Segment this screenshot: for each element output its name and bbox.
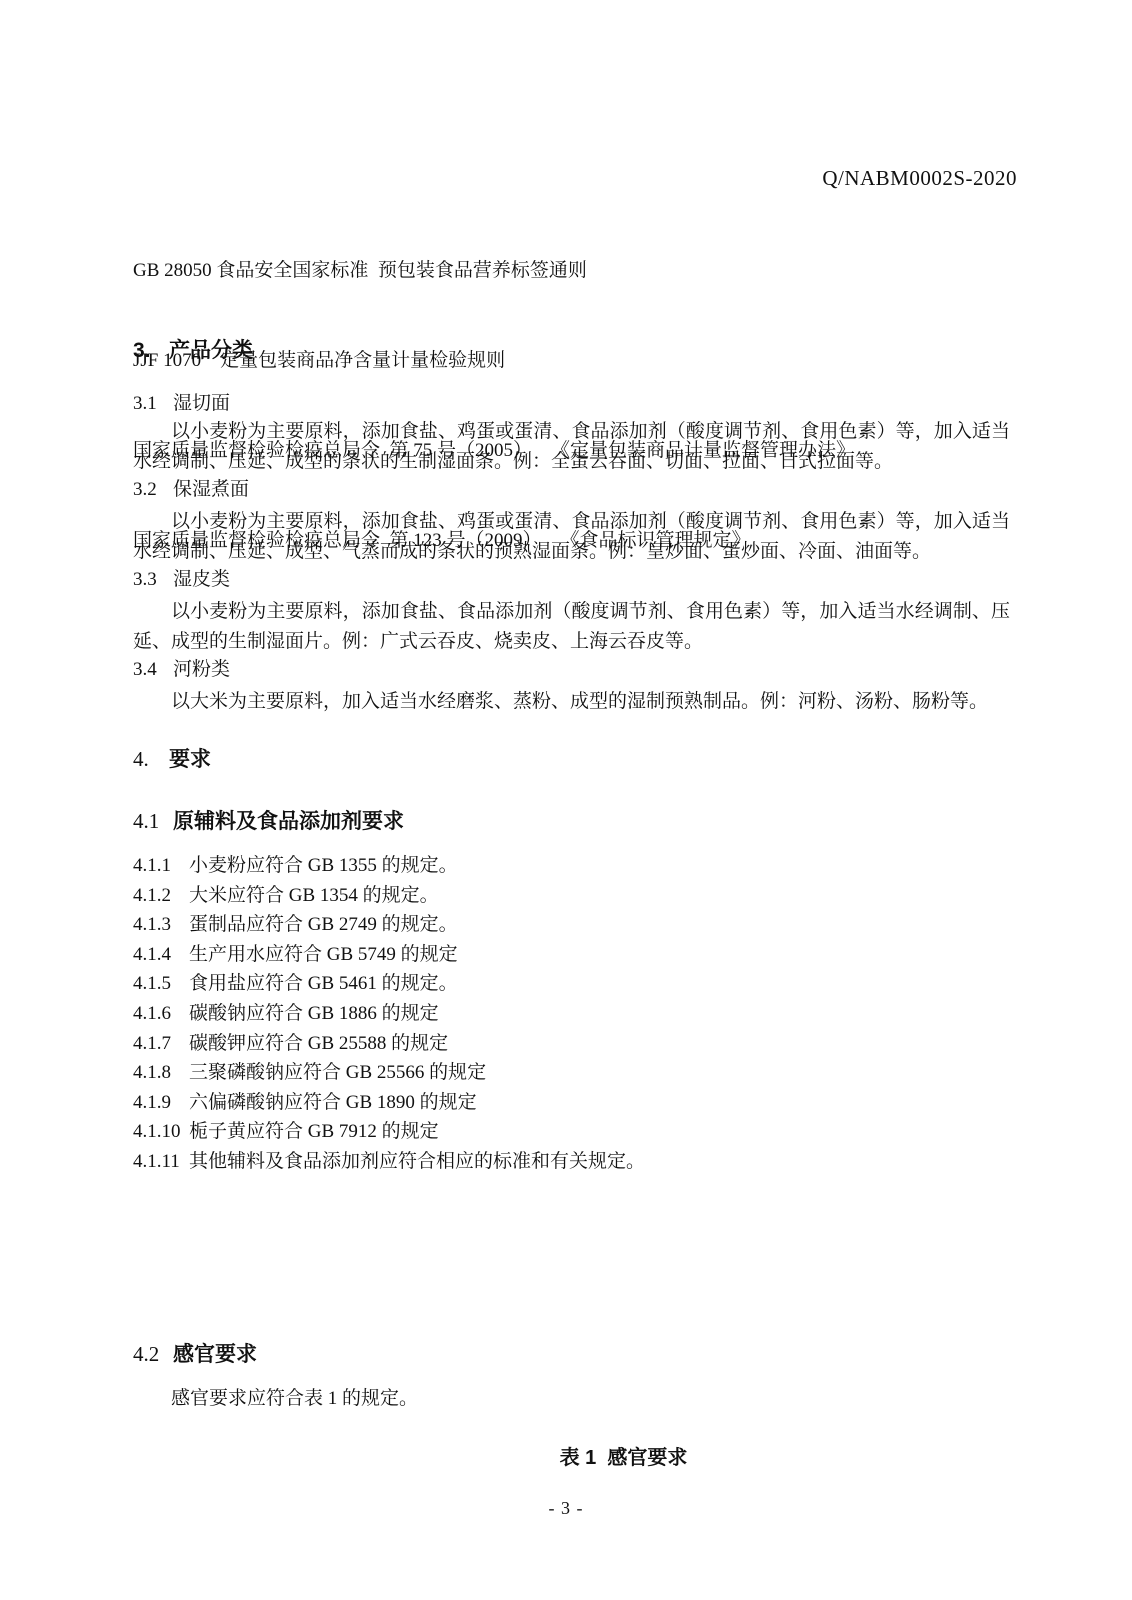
item-number: 4.1.7 [133, 1029, 189, 1059]
requirement-item-4-1-5: 4.1.5食用盐应符合 GB 5461 的规定。 [133, 969, 1033, 999]
item-text: 大米应符合 GB 1354 的规定。 [189, 885, 439, 906]
item-number: 4.1.3 [133, 910, 189, 940]
clause-4-2-number: 4.2 [133, 1341, 173, 1367]
requirement-item-4-1-1: 4.1.1小麦粉应符合 GB 1355 的规定。 [133, 851, 1033, 881]
clause-3-1-heading: 3.1湿切面 [133, 391, 230, 417]
page-number: - 3 - [0, 1498, 1132, 1519]
section-4-number: 4. [133, 746, 169, 772]
requirements-list: 4.1.1小麦粉应符合 GB 1355 的规定。 4.1.2大米应符合 GB 1… [133, 851, 1033, 1177]
item-number: 4.1.1 [133, 851, 189, 881]
reference-line: GB 28050 食品安全国家标准 预包装食品营养标签通则 [133, 256, 1033, 286]
clause-4-2-body: 感官要求应符合表 1 的规定。 [133, 1384, 1010, 1414]
item-number: 4.1.2 [133, 881, 189, 911]
reference-line: JJF 1070 定量包装商品净含量计量检验规则 [133, 346, 1033, 376]
item-number: 4.1.11 [133, 1147, 189, 1177]
item-number: 4.1.10 [133, 1117, 189, 1147]
item-number: 4.1.5 [133, 969, 189, 999]
table-1-caption: 表 1 感官要求 [133, 1441, 1010, 1470]
item-number: 4.1.4 [133, 940, 189, 970]
item-text: 碳酸钾应符合 GB 25588 的规定 [189, 1033, 448, 1054]
item-text: 碳酸钠应符合 GB 1886 的规定 [189, 1003, 439, 1024]
requirement-item-4-1-10: 4.1.10栀子黄应符合 GB 7912 的规定 [133, 1117, 1033, 1147]
clause-3-4-title: 河粉类 [173, 659, 230, 680]
clause-3-2-body: 以小麦粉为主要原料，添加食盐、鸡蛋或蛋清、食品添加剂（酸度调节剂、食用色素）等，… [133, 507, 1010, 567]
clause-4-2-title: 感官要求 [173, 1343, 257, 1366]
item-text: 栀子黄应符合 GB 7912 的规定 [189, 1121, 439, 1142]
clause-3-2-heading: 3.2保湿煮面 [133, 477, 249, 503]
clause-3-1-body: 以小麦粉为主要原料，添加食盐、鸡蛋或蛋清、食品添加剂（酸度调节剂、食用色素）等，… [133, 417, 1010, 477]
item-number: 4.1.6 [133, 999, 189, 1029]
requirement-item-4-1-7: 4.1.7碳酸钾应符合 GB 25588 的规定 [133, 1029, 1033, 1059]
requirement-item-4-1-4: 4.1.4生产用水应符合 GB 5749 的规定 [133, 940, 1033, 970]
requirement-item-4-1-8: 4.1.8三聚磷酸钠应符合 GB 25566 的规定 [133, 1058, 1033, 1088]
item-text: 蛋制品应符合 GB 2749 的规定。 [189, 914, 458, 935]
item-text: 六偏磷酸钠应符合 GB 1890 的规定 [189, 1092, 477, 1113]
clause-3-4-heading: 3.4河粉类 [133, 657, 230, 683]
requirement-item-4-1-2: 4.1.2大米应符合 GB 1354 的规定。 [133, 881, 1033, 911]
item-number: 4.1.9 [133, 1088, 189, 1118]
requirement-item-4-1-11: 4.1.11其他辅料及食品添加剂应符合相应的标准和有关规定。 [133, 1147, 1033, 1177]
section-3-heading: 3.产品分类 [133, 338, 253, 364]
item-text: 食用盐应符合 GB 5461 的规定。 [189, 973, 458, 994]
clause-3-4-number: 3.4 [133, 657, 173, 683]
requirement-item-4-1-3: 4.1.3蛋制品应符合 GB 2749 的规定。 [133, 910, 1033, 940]
clause-3-3-body: 以小麦粉为主要原料，添加食盐、食品添加剂（酸度调节剂、食用色素）等，加入适当水经… [133, 597, 1010, 657]
clause-4-1-title: 原辅料及食品添加剂要求 [173, 810, 404, 833]
document-page: Q/NABM0002S-2020 GB 28050 食品安全国家标准 预包装食品… [0, 0, 1132, 1600]
clause-3-2-number: 3.2 [133, 477, 173, 503]
standard-code-header: Q/NABM0002S-2020 [822, 166, 1017, 191]
item-text: 其他辅料及食品添加剂应符合相应的标准和有关规定。 [189, 1151, 645, 1172]
clause-3-3-number: 3.3 [133, 567, 173, 593]
item-text: 三聚磷酸钠应符合 GB 25566 的规定 [189, 1062, 486, 1083]
section-4-title: 要求 [169, 748, 211, 771]
clause-3-3-heading: 3.3湿皮类 [133, 567, 230, 593]
clause-3-2-title: 保湿煮面 [173, 479, 249, 500]
clause-3-3-title: 湿皮类 [173, 569, 230, 590]
section-3-title: 产品分类 [169, 339, 253, 362]
clause-3-1-number: 3.1 [133, 391, 173, 417]
requirement-item-4-1-9: 4.1.9六偏磷酸钠应符合 GB 1890 的规定 [133, 1088, 1033, 1118]
clause-3-4-body: 以大米为主要原料，加入适当水经磨浆、蒸粉、成型的湿制预熟制品。例：河粉、汤粉、肠… [133, 687, 1010, 717]
section-4-heading: 4.要求 [133, 746, 211, 773]
clause-4-1-number: 4.1 [133, 808, 173, 834]
clause-4-2-heading: 4.2感官要求 [133, 1341, 257, 1368]
item-text: 生产用水应符合 GB 5749 的规定 [189, 944, 458, 965]
requirement-item-4-1-6: 4.1.6碳酸钠应符合 GB 1886 的规定 [133, 999, 1033, 1029]
item-number: 4.1.8 [133, 1058, 189, 1088]
item-text: 小麦粉应符合 GB 1355 的规定。 [189, 855, 458, 876]
section-3-number: 3. [133, 338, 169, 364]
clause-4-1-heading: 4.1原辅料及食品添加剂要求 [133, 808, 404, 835]
clause-3-1-title: 湿切面 [173, 393, 230, 414]
